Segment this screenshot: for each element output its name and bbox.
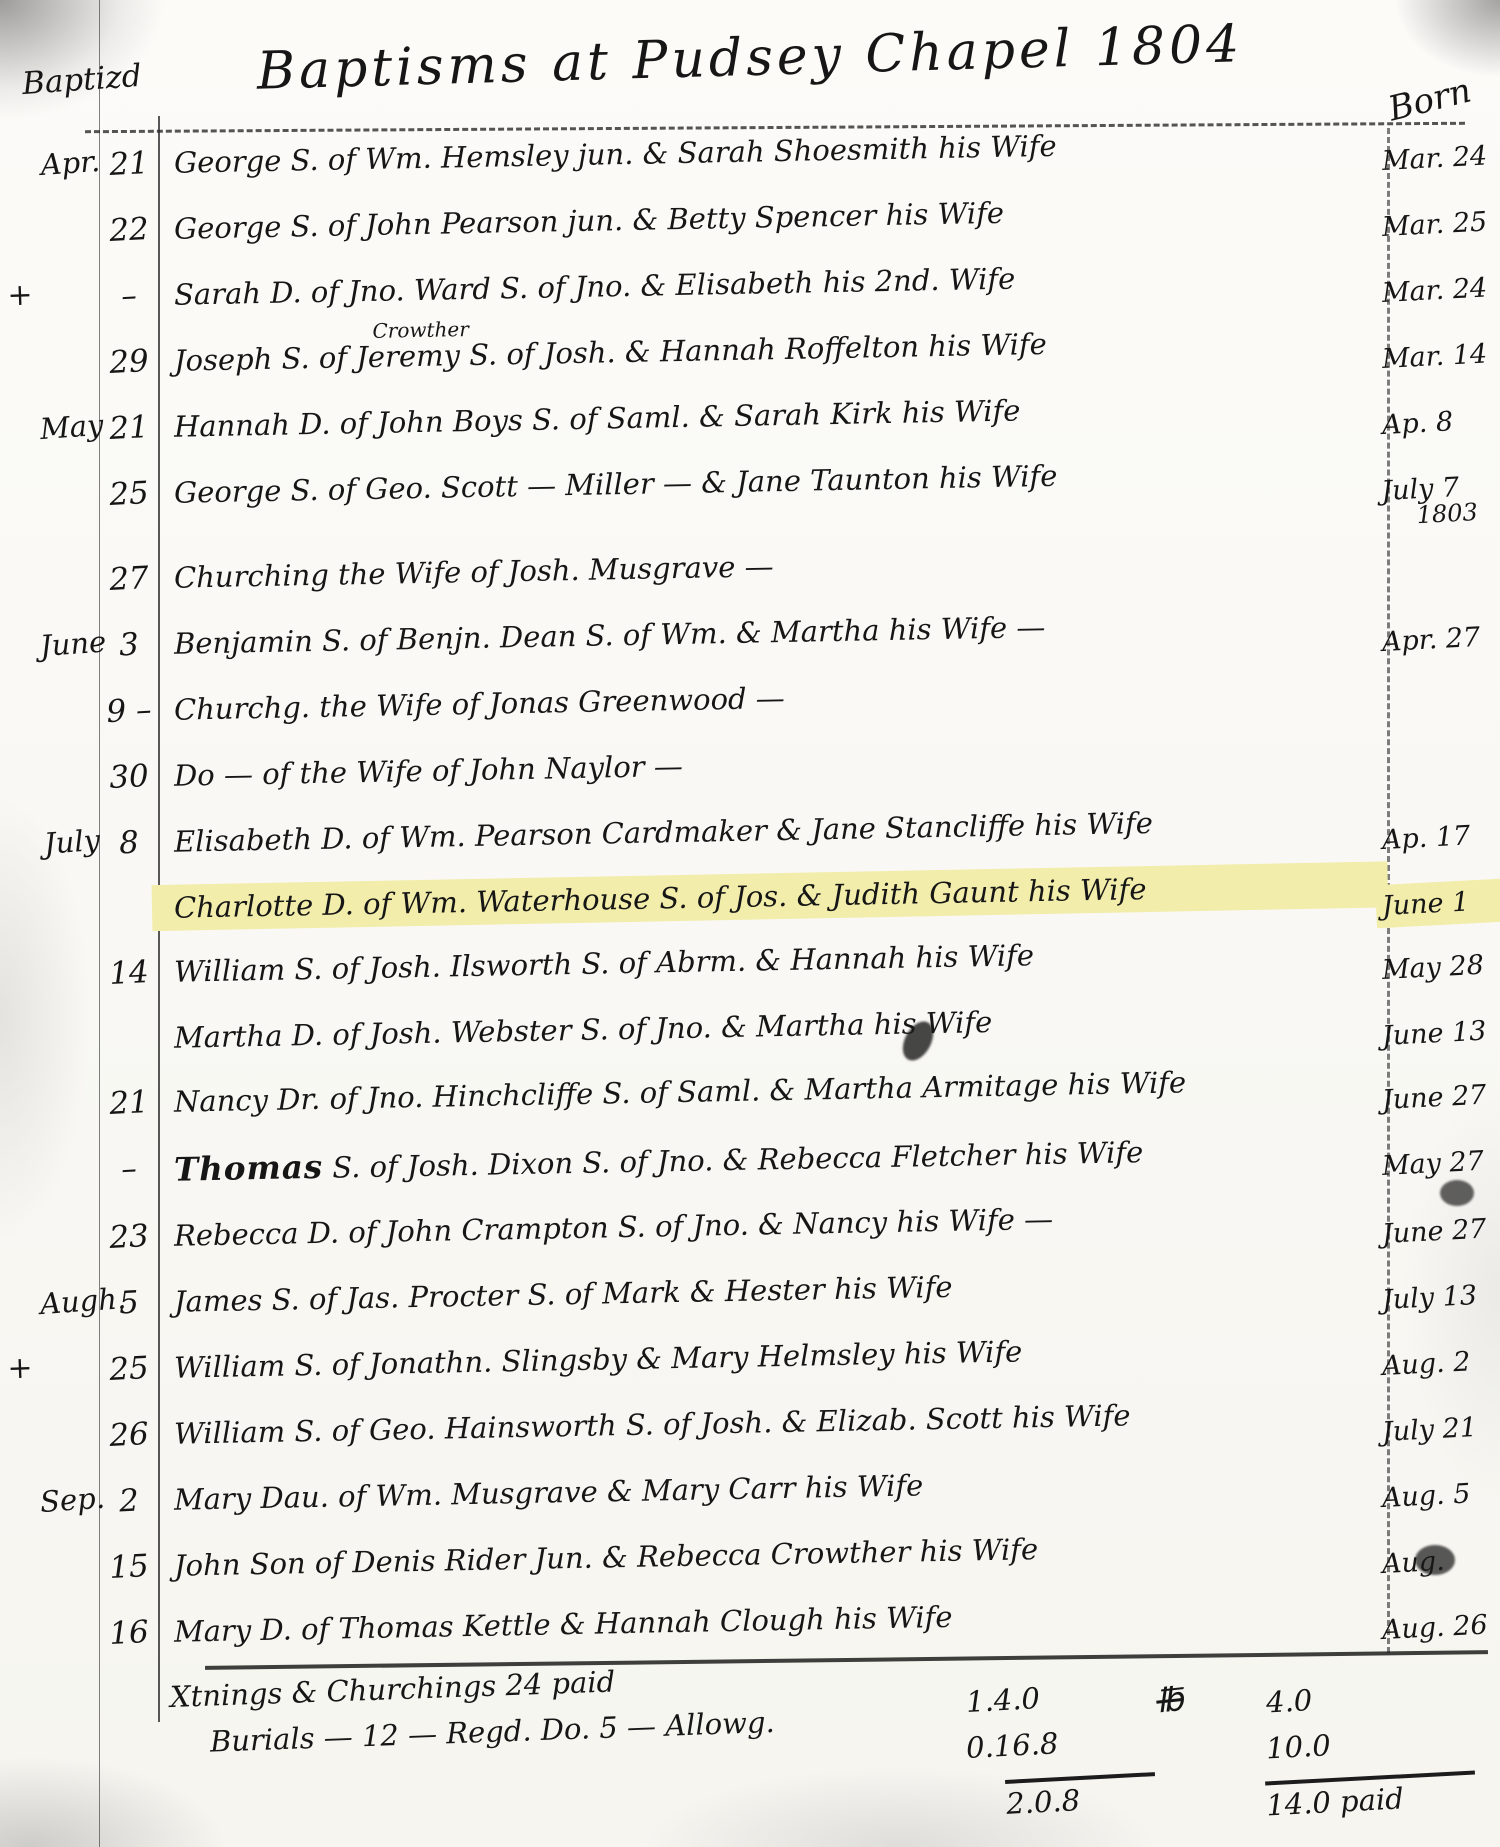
entry-main-text: Mary Dau. of Wm. Musgrave & Mary Carr hi… bbox=[174, 1468, 924, 1516]
baptism-day: 21 bbox=[99, 409, 159, 448]
register-row: 15 John Son of Denis Rider Jun. & Rebecc… bbox=[0, 1549, 1500, 1585]
baptism-day: – bbox=[99, 277, 159, 316]
born-date: June 13 bbox=[1381, 1015, 1500, 1052]
fees-summary: Xtnings & Churchings 24 paid 1.4.0 ℔ 4.0… bbox=[170, 1676, 1476, 1826]
entry-main-text: Churching the Wife of Josh. Musgrave — bbox=[174, 549, 774, 595]
baptism-day: 21 bbox=[99, 1084, 159, 1123]
born-date bbox=[1382, 555, 1500, 561]
born-date: Mar. 24 bbox=[1381, 272, 1500, 309]
born-date: July 21 bbox=[1381, 1411, 1500, 1448]
margin-cross-mark bbox=[0, 1548, 40, 1549]
entry-text: John Son of Denis Rider Jun. & Rebecca C… bbox=[158, 1526, 1382, 1583]
entry-main-text: William S. of Josh. Ilsworth S. of Abrm.… bbox=[174, 938, 1035, 989]
margin-cross-mark bbox=[0, 211, 40, 212]
summary-total-line: 2.0.8 14.0 paid bbox=[170, 1776, 1476, 1826]
entry-main-text: Hannah D. of John Boys S. of Saml. & Sar… bbox=[174, 393, 1021, 443]
baptism-month bbox=[40, 1019, 100, 1023]
register-row: Apr. 21 George S. of Wm. Hemsley jun. & … bbox=[0, 146, 1500, 182]
baptism-day bbox=[100, 1019, 158, 1022]
baptism-day: 16 bbox=[99, 1614, 159, 1653]
entry-main-text: Sarah D. of Jno. Ward S. of Jno. & Elisa… bbox=[174, 262, 1016, 312]
margin-cross-mark bbox=[0, 1614, 40, 1615]
entry-text: Rebecca D. of John Crampton S. of Jno. &… bbox=[158, 1196, 1382, 1253]
entry-text: William S. of Josh. Ilsworth S. of Abrm.… bbox=[158, 932, 1382, 989]
register-row: + – Sarah D. of Jno. Ward S. of Jno. & E… bbox=[0, 278, 1500, 314]
baptism-month: Augh. bbox=[39, 1283, 101, 1321]
margin-cross-mark bbox=[0, 954, 40, 955]
entry-text: William S. of Geo. Hainsworth S. of Josh… bbox=[158, 1394, 1382, 1451]
baptism-day: – bbox=[99, 1150, 159, 1189]
entry-main-text: Churchg. the Wife of Jonas Greenwood — bbox=[174, 681, 785, 727]
born-date: Aug. 2 bbox=[1381, 1345, 1500, 1382]
born-date: Aug. 26 bbox=[1381, 1609, 1500, 1646]
entry-main-text: George S. of Wm. Hemsley jun. & Sarah Sh… bbox=[174, 129, 1057, 180]
baptism-month: Sep. bbox=[39, 1481, 101, 1519]
born-date: June 27 bbox=[1381, 1079, 1500, 1116]
baptism-month bbox=[40, 757, 100, 761]
register-row: Charlotte D. of Wm. Waterhouse S. of Jos… bbox=[0, 891, 1500, 925]
baptism-day: 30 bbox=[99, 758, 159, 797]
column-header-born: Born bbox=[1385, 70, 1476, 129]
margin-cross-mark bbox=[0, 692, 40, 693]
register-page: Baptizd Baptisms at Pudsey Chapel 1804 B… bbox=[0, 0, 1500, 1847]
baptism-month: May bbox=[39, 408, 101, 446]
born-date: June 27 bbox=[1381, 1213, 1500, 1250]
register-row: Sep. 2 Mary Dau. of Wm. Musgrave & Mary … bbox=[0, 1483, 1500, 1519]
overwritten-name: Thomas bbox=[174, 1148, 324, 1189]
entry-text: Do — of the Wife of John Naylor — bbox=[158, 736, 1382, 793]
entry-text: CrowtherJoseph S. of Jeremy S. of Josh. … bbox=[158, 321, 1382, 378]
register-row: Martha D. of Josh. Webster S. of Jno. & … bbox=[0, 1021, 1500, 1055]
register-row: 9 – Churchg. the Wife of Jonas Greenwood… bbox=[0, 693, 1500, 729]
entry-main-text: George S. of John Pearson jun. & Betty S… bbox=[174, 196, 1005, 246]
entry-text: James S. of Jas. Procter S. of Mark & He… bbox=[158, 1262, 1382, 1319]
baptism-month bbox=[40, 889, 100, 893]
margin-cross-mark bbox=[0, 626, 40, 627]
born-date: Mar. 25 bbox=[1381, 206, 1500, 243]
entry-main-text: Nancy Dr. of Jno. Hinchcliffe S. of Saml… bbox=[174, 1065, 1187, 1118]
margin-cross-mark bbox=[0, 824, 40, 825]
baptism-month bbox=[40, 1217, 100, 1221]
baptism-month bbox=[40, 953, 100, 957]
born-date: May 28 bbox=[1381, 949, 1500, 986]
baptism-month bbox=[40, 691, 100, 695]
baptism-month bbox=[40, 1083, 100, 1087]
margin-cross-mark bbox=[0, 1218, 40, 1219]
baptism-month bbox=[40, 559, 100, 563]
baptism-day: 26 bbox=[99, 1416, 159, 1455]
entry-main-text: Joseph S. of Jeremy S. of Josh. & Hannah… bbox=[174, 327, 1047, 378]
baptism-day: 22 bbox=[99, 211, 159, 250]
entry-text: Charlotte D. of Wm. Waterhouse S. of Jos… bbox=[158, 868, 1382, 925]
margin-cross-mark bbox=[0, 1150, 40, 1151]
baptism-month bbox=[40, 1415, 100, 1419]
summary-amount: 1.4.0 bbox=[965, 1675, 1157, 1719]
baptism-month: June bbox=[39, 625, 101, 663]
baptism-day: 8 bbox=[99, 824, 159, 863]
entry-main-text: Charlotte D. of Wm. Waterhouse S. of Jos… bbox=[174, 872, 1147, 925]
baptism-day: 21 bbox=[99, 145, 159, 184]
register-row: 14 William S. of Josh. Ilsworth S. of Ab… bbox=[0, 955, 1500, 991]
register-row: 21 Nancy Dr. of Jno. Hinchcliffe S. of S… bbox=[0, 1085, 1500, 1121]
born-date: Mar. 14 bbox=[1381, 338, 1500, 375]
entry-main-text: George S. of Geo. Scott — Miller — & Jan… bbox=[174, 459, 1058, 510]
baptism-day bbox=[100, 889, 158, 892]
ink-blot bbox=[1415, 1545, 1455, 1575]
entry-text: Churchg. the Wife of Jonas Greenwood — bbox=[158, 670, 1382, 727]
entry-main-text: Benjamin S. of Benjn. Dean S. of Wm. & M… bbox=[174, 610, 1046, 661]
entry-text: Elisabeth D. of Wm. Pearson Cardmaker & … bbox=[158, 802, 1382, 859]
entry-text: Nancy Dr. of Jno. Hinchcliffe S. of Saml… bbox=[158, 1062, 1382, 1119]
register-row: June 3 Benjamin S. of Benjn. Dean S. of … bbox=[0, 627, 1500, 663]
entry-main-text: William S. of Jonathn. Slingsby & Mary H… bbox=[174, 1334, 1023, 1384]
spacer bbox=[1156, 1804, 1265, 1815]
entry-text: Churching the Wife of Josh. Musgrave — bbox=[158, 538, 1382, 595]
register-row: Augh. 5 James S. of Jas. Procter S. of M… bbox=[0, 1285, 1500, 1321]
margin-cross-mark: + bbox=[0, 1350, 41, 1386]
margin-cross-mark bbox=[0, 1020, 40, 1021]
entry-main-text: Do — of the Wife of John Naylor — bbox=[174, 749, 683, 793]
born-date bbox=[1382, 753, 1500, 759]
baptism-day: 25 bbox=[99, 1350, 159, 1389]
register-row: 25 George S. of Geo. Scott — Miller — & … bbox=[0, 476, 1500, 531]
entry-text: George S. of John Pearson jun. & Betty S… bbox=[158, 189, 1382, 246]
margin-cross-mark bbox=[0, 758, 40, 759]
entry-text: Thomas S. of Josh. Dixon S. of Jno. & Re… bbox=[158, 1128, 1383, 1189]
baptism-month bbox=[40, 1149, 100, 1153]
entry-main-text: James S. of Jas. Procter S. of Mark & He… bbox=[174, 1270, 953, 1319]
entry-text: Mary D. of Thomas Kettle & Hannah Clough… bbox=[158, 1592, 1382, 1649]
register-row: 30 Do — of the Wife of John Naylor — bbox=[0, 759, 1500, 795]
baptism-month bbox=[40, 342, 100, 346]
entry-main-text: Elisabeth D. of Wm. Pearson Cardmaker & … bbox=[174, 806, 1153, 859]
summary-total-amount: 2.0.8 bbox=[1005, 1772, 1157, 1821]
born-date: July 13 bbox=[1381, 1279, 1500, 1316]
ink-blot bbox=[1440, 1180, 1474, 1206]
entry-main-text: William S. of Geo. Hainsworth S. of Josh… bbox=[174, 1398, 1131, 1450]
page-title: Baptisms at Pudsey Chapel 1804 bbox=[249, 14, 1250, 102]
born-year: 1803 bbox=[1416, 497, 1500, 529]
margin-cross-mark bbox=[0, 1482, 40, 1483]
register-row: 26 William S. of Geo. Hainsworth S. of J… bbox=[0, 1417, 1500, 1453]
born-date: Ap. 8 bbox=[1381, 404, 1500, 441]
margin-cross-mark bbox=[0, 1416, 40, 1417]
entry-text: Hannah D. of John Boys S. of Saml. & Sar… bbox=[158, 387, 1382, 444]
entry-main-text: John Son of Denis Rider Jun. & Rebecca C… bbox=[174, 1532, 1039, 1583]
born-date: May 27 bbox=[1381, 1145, 1500, 1182]
interlined-surname: Crowther bbox=[372, 317, 469, 343]
baptism-day: 15 bbox=[99, 1548, 159, 1587]
baptism-day: 2 bbox=[99, 1482, 159, 1521]
register-row: 23 Rebecca D. of John Crampton S. of Jno… bbox=[0, 1219, 1500, 1255]
crossed-out-mark: ℔ bbox=[1154, 1670, 1267, 1720]
entry-text: William S. of Jonathn. Slingsby & Mary H… bbox=[158, 1328, 1382, 1385]
baptism-day: 3 bbox=[99, 626, 159, 665]
margin-cross-mark bbox=[0, 560, 40, 561]
baptism-day: 29 bbox=[99, 343, 159, 382]
born-date: Aug. 5 bbox=[1381, 1477, 1500, 1514]
baptism-day: 9 – bbox=[99, 692, 159, 731]
baptism-month bbox=[40, 1547, 100, 1551]
entry-main-text: Mary D. of Thomas Kettle & Hannah Clough… bbox=[174, 1600, 953, 1649]
register-row: 22 George S. of John Pearson jun. & Bett… bbox=[0, 212, 1500, 248]
baptism-day: 23 bbox=[99, 1218, 159, 1257]
register-row: 16 Mary D. of Thomas Kettle & Hannah Clo… bbox=[0, 1615, 1500, 1651]
baptism-day: 25 bbox=[99, 475, 159, 514]
entry-text: Martha D. of Josh. Webster S. of Jno. & … bbox=[158, 998, 1382, 1055]
baptism-month: July bbox=[39, 823, 101, 861]
baptism-month bbox=[40, 210, 100, 214]
register-row: + 25 William S. of Jonathn. Slingsby & M… bbox=[0, 1351, 1500, 1387]
summary-right-amount: 4.0 bbox=[1265, 1675, 1476, 1720]
baptism-month bbox=[40, 1349, 100, 1353]
margin-cross-mark bbox=[0, 343, 40, 344]
baptism-day: 14 bbox=[99, 954, 159, 993]
baptism-month bbox=[40, 1613, 100, 1617]
baptism-day: 27 bbox=[99, 560, 159, 599]
entry-text: Mary Dau. of Wm. Musgrave & Mary Carr hi… bbox=[158, 1460, 1382, 1517]
baptism-month bbox=[40, 474, 100, 478]
column-header-baptized: Baptizd bbox=[21, 58, 143, 102]
born-date: Mar. 24 bbox=[1381, 140, 1500, 177]
spacer bbox=[1156, 1747, 1265, 1758]
born-date: Ap. 17 bbox=[1381, 819, 1500, 856]
margin-cross-mark bbox=[0, 145, 40, 146]
register-row: July 8 Elisabeth D. of Wm. Pearson Cardm… bbox=[0, 825, 1500, 861]
entry-text: Sarah D. of Jno. Ward S. of Jno. & Elisa… bbox=[158, 255, 1382, 312]
entry-text: Benjamin S. of Benjn. Dean S. of Wm. & M… bbox=[158, 604, 1382, 661]
summary-line: Burials — 12 — Regd. Do. 5 — Allowg. 0.1… bbox=[170, 1726, 1476, 1776]
register-row: – Thomas S. of Josh. Dixon S. of Jno. & … bbox=[0, 1151, 1500, 1189]
born-date: June 1 bbox=[1381, 885, 1500, 922]
baptism-month bbox=[40, 276, 100, 280]
entry-main-text: Rebecca D. of John Crampton S. of Jno. &… bbox=[174, 1202, 1054, 1253]
margin-cross-mark bbox=[0, 475, 40, 476]
entry-main-text: Martha D. of Josh. Webster S. of Jno. & … bbox=[174, 1005, 993, 1055]
born-date: July 71803 bbox=[1381, 470, 1500, 531]
baptism-month: Apr. bbox=[39, 144, 101, 182]
summary-amount: 0.16.8 bbox=[965, 1721, 1157, 1765]
summary-label bbox=[170, 1782, 966, 1810]
register-rows: Apr. 21 George S. of Wm. Hemsley jun. & … bbox=[0, 146, 1500, 1651]
entry-main-text: S. of Josh. Dixon S. of Jno. & Rebecca F… bbox=[323, 1135, 1144, 1185]
summary-total-right: 14.0 paid bbox=[1265, 1771, 1477, 1823]
margin-cross-mark bbox=[0, 409, 40, 410]
margin-cross-mark bbox=[0, 1284, 40, 1285]
register-row: 29 CrowtherJoseph S. of Jeremy S. of Jos… bbox=[0, 344, 1500, 380]
margin-cross-mark bbox=[0, 1084, 40, 1085]
register-row: 27 Churching the Wife of Josh. Musgrave … bbox=[0, 561, 1500, 597]
margin-cross-mark bbox=[0, 890, 40, 891]
born-date: Apr. 27 bbox=[1381, 621, 1500, 658]
register-row: May 21 Hannah D. of John Boys S. of Saml… bbox=[0, 410, 1500, 446]
baptism-day: 5 bbox=[99, 1284, 159, 1323]
entry-text: George S. of Geo. Scott — Miller — & Jan… bbox=[158, 453, 1382, 510]
born-date bbox=[1382, 687, 1500, 693]
summary-right-amount: 10.0 bbox=[1265, 1721, 1476, 1766]
margin-cross-mark: + bbox=[0, 277, 41, 313]
